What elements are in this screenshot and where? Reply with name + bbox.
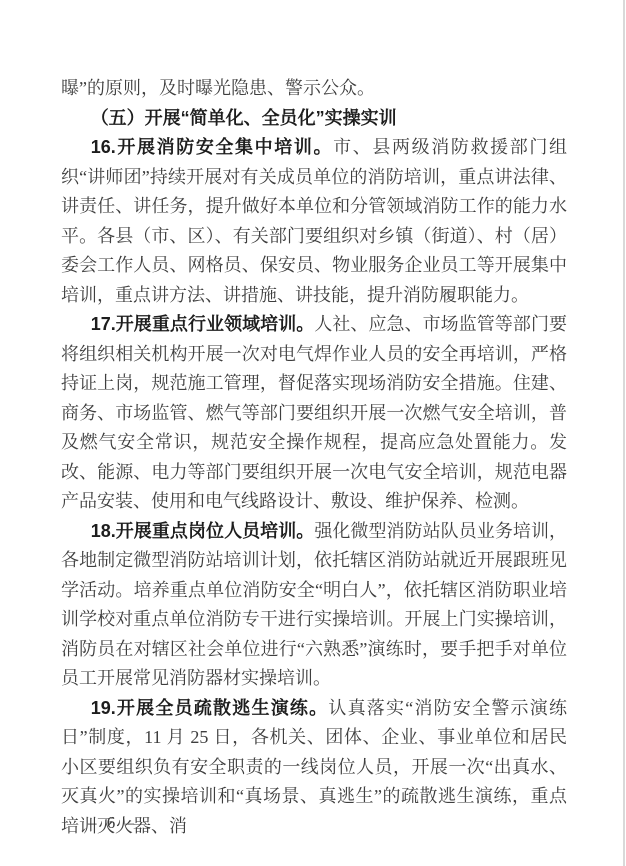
- paragraph-19-lead: 19.开展全员疏散逃生演练。: [91, 698, 329, 718]
- paragraph-17: 17.开展重点行业领域培训。人社、应急、市场监管等部门要将组织相关机构开展一次对…: [61, 310, 567, 517]
- scan-edge-line: [623, 0, 625, 866]
- paragraph-18-body: 强化微型消防站队员业务培训，各地制定微型消防站培训计划，依托辖区消防站就近开展跟…: [61, 521, 567, 689]
- page-number: – 6 –: [88, 813, 137, 833]
- paragraph-16-body: 市、县两级消防救援部门组织“讲师团”持续开展对有关成员单位的消防培训，重点讲法律…: [61, 137, 567, 305]
- document-body: 曝”的原则，及时曝光隐患、警示公众。 （五）开展“简单化、全员化”实操实训 16…: [61, 74, 567, 841]
- document-page: 曝”的原则，及时曝光隐患、警示公众。 （五）开展“简单化、全员化”实操实训 16…: [0, 0, 626, 866]
- paragraph-16-lead: 16.开展消防安全集中培训。: [91, 137, 333, 157]
- section-heading: （五）开展“简单化、全员化”实操实训: [61, 104, 567, 134]
- paragraph-17-body: 人社、应急、市场监管等部门要将组织相关机构开展一次对电气焊作业人员的安全再培训，…: [61, 314, 567, 511]
- paragraph-18: 18.开展重点岗位人员培训。强化微型消防站队员业务培训，各地制定微型消防站培训计…: [61, 517, 567, 694]
- paragraph-17-lead: 17.开展重点行业领域培训。: [91, 314, 315, 334]
- paragraph-16: 16.开展消防安全集中培训。市、县两级消防救援部门组织“讲师团”持续开展对有关成…: [61, 133, 567, 310]
- paragraph-continuation: 曝”的原则，及时曝光隐患、警示公众。: [61, 74, 567, 104]
- paragraph-18-lead: 18.开展重点岗位人员培训。: [91, 521, 315, 541]
